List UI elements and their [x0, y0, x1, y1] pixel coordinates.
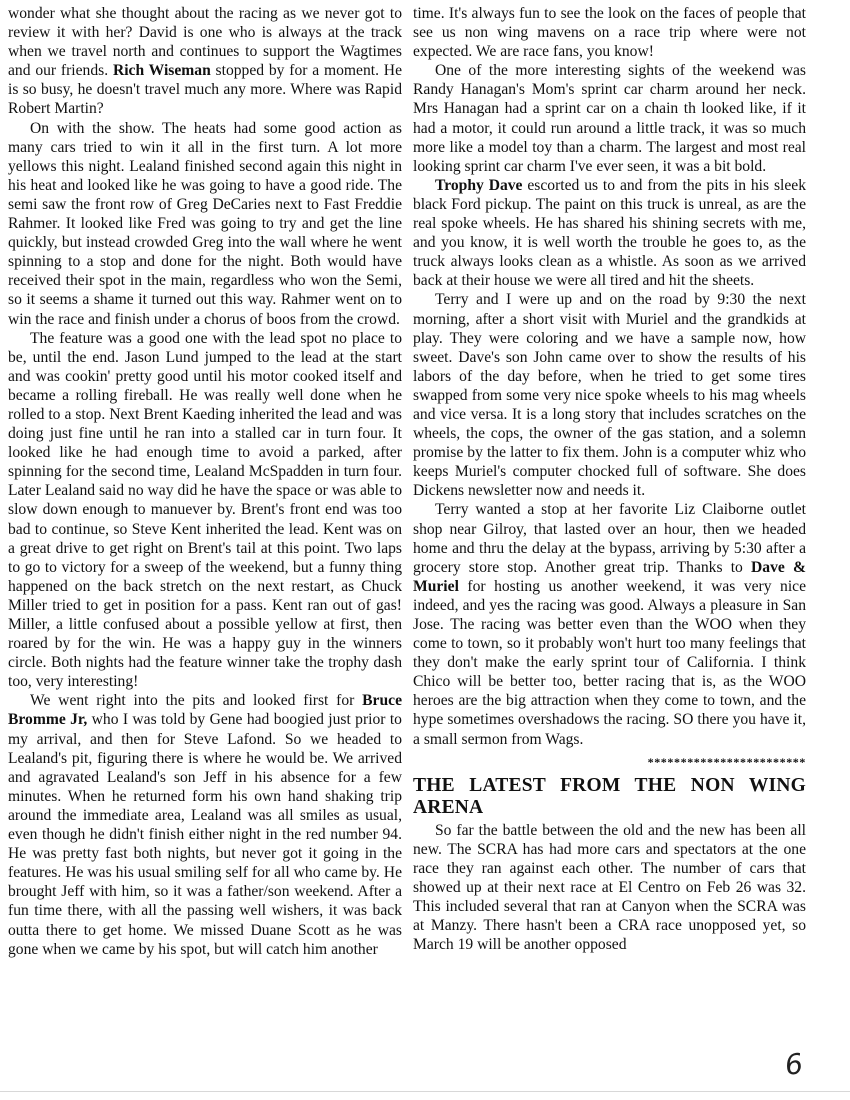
- left-column: wonder what she thought about the racing…: [8, 4, 402, 959]
- bold-name: Dave & Muriel: [413, 559, 806, 595]
- paragraph: time. It's always fun to see the look on…: [413, 4, 806, 61]
- right-column: time. It's always fun to see the look on…: [413, 4, 806, 954]
- paragraph: wonder what she thought about the racing…: [8, 4, 402, 119]
- handwritten-page-number: 6: [783, 1049, 805, 1081]
- paragraph: On with the show. The heats had some goo…: [8, 119, 402, 329]
- bold-name: Trophy Dave: [435, 177, 522, 194]
- page-bottom-edge: [0, 1091, 850, 1092]
- paragraph: We went right into the pits and looked f…: [8, 691, 402, 958]
- paragraph: One of the more interesting sights of th…: [413, 61, 806, 176]
- bold-name: Bruce Bromme Jr,: [8, 692, 402, 728]
- paragraph: Terry wanted a stop at her favorite Liz …: [413, 500, 806, 748]
- paragraph: The feature was a good one with the lead…: [8, 329, 402, 692]
- paragraph: So far the battle between the old and th…: [413, 821, 806, 955]
- newsletter-page: wonder what she thought about the racing…: [0, 0, 850, 1100]
- bold-name: Rich Wiseman: [113, 62, 211, 79]
- paragraph: Trophy Dave escorted us to and from the …: [413, 176, 806, 291]
- paragraph: Terry and I were up and on the road by 9…: [413, 290, 806, 500]
- section-heading: THE LATEST FROM THE NON WING ARENA: [413, 775, 806, 819]
- section-separator: ************************: [413, 753, 806, 772]
